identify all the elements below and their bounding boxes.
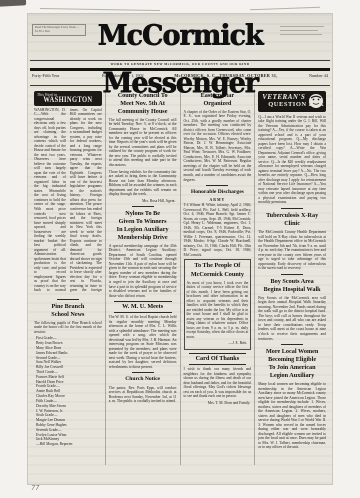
wmu-headline: W. M. U. Meets bbox=[114, 303, 172, 311]
nylons-headline: Nylons To Be Given To Winners In Legion … bbox=[109, 210, 177, 242]
church-notice-body: The pastor, Rev. Paris Epps, will conduc… bbox=[109, 386, 177, 404]
newspaper-page: Read The Messenger Every Week — $1.50 a … bbox=[27, 13, 333, 485]
card-of-thanks-signature: Mrs. T. M. Dorn and Family. bbox=[184, 401, 251, 405]
article-divider bbox=[281, 344, 303, 345]
washington-column-banner: This Week in WASHINGTON bbox=[34, 91, 102, 106]
church-notice-headline: Church Notice bbox=[109, 376, 177, 383]
article-divider bbox=[281, 208, 303, 209]
people-letter-box: To The People Of McCormick County As mos… bbox=[184, 259, 252, 350]
question-box-body: Q—I am a World War II veteran and wish t… bbox=[258, 115, 326, 205]
column-grid: This Week in WASHINGTON WASHINGTON, D. C… bbox=[28, 86, 332, 465]
honor-roll-names: First Grade— Betty Jean Brown Mary Alice… bbox=[36, 336, 102, 447]
card-of-thanks-headline: Card Of Thanks bbox=[189, 355, 247, 363]
school-news-headline: Pine Branch School News bbox=[34, 303, 102, 319]
washington-article-body: WASHINGTON, D. C.—With the congressional… bbox=[34, 108, 102, 296]
article-divider bbox=[132, 372, 154, 373]
veteran-portrait-icon bbox=[308, 93, 324, 109]
column-1: This Week in WASHINGTON WASHINGTON, D. C… bbox=[31, 89, 105, 465]
legion-auxiliary-body: Many local women are becoming eligible t… bbox=[258, 382, 326, 450]
column-2: County Council To Meet Nov. 5th At Commu… bbox=[105, 89, 180, 465]
boy-scouts-body: Boy Scouts of the McCormick area will be… bbox=[258, 296, 326, 341]
people-letter-headline: To The People Of McCormick County bbox=[187, 262, 249, 278]
card-of-thanks-body: I wish to thank our many friends and nei… bbox=[184, 367, 252, 399]
banner-main-text: WASHINGTON bbox=[43, 95, 92, 104]
county-council-body-2: Those having exhibits for the community … bbox=[109, 170, 177, 197]
nylons-body: A special membership campaign of the 45t… bbox=[109, 244, 177, 298]
article-divider bbox=[281, 274, 303, 275]
people-letter-signature: —J. E. Britt. bbox=[187, 341, 248, 345]
people-letter-body: As most of you know, I took over the dut… bbox=[187, 281, 249, 340]
veterans-question-box-banner: VETERAN'S QUESTION BOX bbox=[258, 91, 326, 112]
masthead: Read The Messenger Every Week — $1.50 a … bbox=[28, 14, 332, 60]
article-divider bbox=[206, 185, 228, 186]
pencil-scribble bbox=[40, 8, 160, 11]
article-divider bbox=[57, 299, 79, 300]
pencil-margin-note: 77 bbox=[31, 484, 39, 492]
discharges-headline: Honorable Discharges bbox=[184, 189, 252, 196]
xray-clinic-body: The McCormick County Health Department w… bbox=[258, 230, 326, 271]
column-4: VETERAN'S QUESTION BOX Q—I am a World Wa… bbox=[254, 89, 329, 465]
eastern-star-body: A chapter of the Order of the Eastern St… bbox=[184, 110, 252, 182]
thanks-heading-box: Card Of Thanks bbox=[189, 353, 247, 365]
legion-auxiliary-headline: More Local Women Becoming Eligible To Jo… bbox=[258, 348, 326, 380]
article-divider bbox=[132, 206, 154, 207]
discharges-body: T-4 Wilmer H. White, infantry, April 2, … bbox=[184, 203, 252, 257]
wmu-body: The W. M. U. of the local Baptist church… bbox=[109, 315, 177, 369]
boy-scouts-headline: Boy Scouts Area Begins Hospital Walk bbox=[258, 278, 326, 294]
scan-smudge bbox=[0, 0, 26, 7]
pencil-scribble bbox=[250, 7, 320, 10]
county-council-body: The fall meeting of the County Council w… bbox=[109, 118, 177, 168]
xray-clinic-headline: Tuberculosis X-Ray Clinic bbox=[258, 212, 326, 228]
school-news-intro: The following pupils of Pine Branch scho… bbox=[34, 321, 102, 335]
column-3: Eastern Star Organized A chapter of the … bbox=[180, 89, 255, 465]
army-subhead: ARMY bbox=[184, 198, 252, 202]
agent-signature: Mrs. Rosa Hill, Agent. bbox=[109, 199, 176, 203]
wmu-heading-box: W. M. U. Meets bbox=[114, 301, 172, 313]
